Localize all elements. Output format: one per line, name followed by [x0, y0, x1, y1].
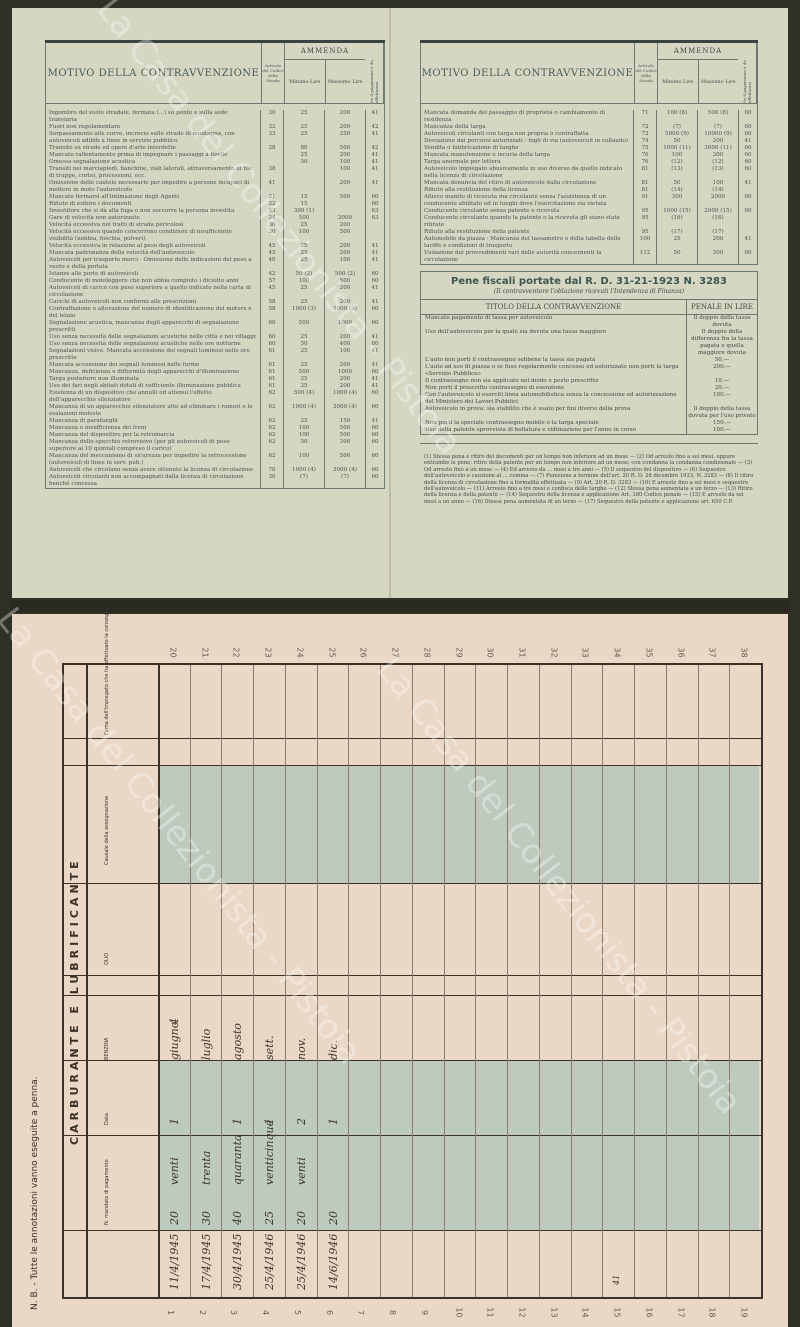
minimo-cell: (7): [283, 474, 324, 488]
shaded-band-lower: [158, 1060, 759, 1230]
header-label-benzina: BENZINA: [104, 1038, 110, 1060]
massimo-cell: 200: [324, 250, 365, 257]
minimo-cell: 1000 (15): [656, 208, 697, 215]
minimo-cell: 25: [283, 334, 324, 341]
entry-data: 17/4/1945: [200, 1234, 213, 1290]
table-row: Mancata manutenzione o incuria della tar…: [421, 152, 757, 159]
table-row: Mancato rallentamento prima di impegnare…: [46, 152, 384, 159]
title-column-divider: [86, 665, 88, 1297]
sospensione-cell: 41: [365, 180, 384, 194]
fiscal-row: L'auto non porti il contrassegno sebbene…: [421, 357, 757, 364]
minimo-cell: 80: [283, 145, 324, 152]
articolo-cell: 30: [260, 474, 283, 488]
sospensione-cell: 41: [365, 152, 384, 159]
sospensione-cell: [365, 222, 384, 229]
entry-causale: sett.: [263, 1036, 276, 1061]
column-number-bottom: 3: [229, 1310, 238, 1315]
fiscal-title-cell: L'auto ad uso di piazza o se fuso regola…: [421, 364, 686, 378]
motivo-cell: Targa posteriore non illuminata: [46, 376, 260, 383]
entry-benzina-lettere: venti: [168, 1157, 181, 1185]
motivo-cell: Mancanza dello specchio retrovisivo (per…: [46, 439, 260, 453]
table-row: Uso senza necessità delle segnalazioni a…: [46, 334, 384, 341]
column-number-top: 22: [232, 647, 241, 657]
table-row: Mancata domanda del passaggio di proprie…: [421, 110, 757, 124]
minimo-cell: 5000 (9): [656, 131, 697, 138]
minimo-cell: 25: [283, 299, 324, 306]
entry-data: 11/4/1945: [168, 1234, 181, 1290]
sospensione-cell: 42: [365, 124, 384, 131]
motivo-cell: Deviazione dai percorsi autorizzati - fo…: [421, 138, 633, 145]
table-row: Uso senza necessità delle segnalazioni a…: [46, 341, 384, 348]
motivo-cell: Autoveicoli di carico con peso superiore…: [46, 285, 260, 299]
minimo-cell: 50: [656, 138, 697, 145]
entry-firma: 4: [168, 1018, 181, 1025]
column-number-bottom: 2: [198, 1310, 207, 1315]
entry-data: 30/4/1945: [231, 1234, 244, 1290]
fiscal-row: Mancato pagamento di tassa per autoveico…: [421, 315, 757, 329]
sospensione-cell: 41: [365, 285, 384, 299]
articolo-cell: 76: [633, 159, 656, 166]
fiscal-row: Autoveicolo in prova: sia stabilito che …: [421, 406, 757, 420]
entry-column-divider: [221, 665, 222, 1297]
sospensione-cell: [738, 215, 757, 229]
entry-column-divider: [285, 665, 286, 1297]
articolo-cell: 45: [260, 243, 283, 250]
table-row: Omessa segnalazione acustica5010041: [46, 159, 384, 166]
articolo-cell: 95: [633, 229, 656, 236]
column-number-top: 31: [518, 647, 527, 657]
fiscal-title-cell: L'auto non porti il contrassegno sebbene…: [421, 357, 686, 364]
sospensione-cell: 60: [365, 467, 384, 474]
massimo-cell: 200: [324, 285, 365, 299]
articolo-cell: 62: [260, 439, 283, 453]
articolo-cell: [260, 152, 283, 159]
articolo-cell: 74: [633, 138, 656, 145]
articolo-cell: 71: [633, 110, 656, 124]
fiscal-title-cell: Non porti la speciale contrassegno mobil…: [421, 420, 686, 427]
motivo-cell: Gare di velocità non autorizzate: [46, 215, 260, 222]
entry-benzina-cifre: 30: [200, 1211, 213, 1225]
fiscal-title-cell: Uso della patente sprovvista di bollatur…: [421, 427, 686, 434]
entry-data: 25/4/1946: [263, 1234, 276, 1290]
table-row: Mancanza di un apparecchio silenziatore …: [46, 404, 384, 418]
motivo-header: MOTIVO DELLA CONTRAVVENZIONE: [421, 43, 634, 103]
entry-olio: 2: [295, 1118, 308, 1125]
massimo-cell: 100: [324, 159, 365, 166]
sospensione-cell: 60: [738, 145, 757, 152]
titolo-header: TITOLO DELLA CONTRAVVENZIONE: [421, 300, 686, 314]
minimo-cell: 1000 (3): [283, 306, 324, 320]
motivo-cell: Mancata manutenzione o incuria della tar…: [421, 152, 633, 159]
massimo-cell: 500: [324, 278, 365, 285]
minimo-cell: 25: [283, 152, 324, 159]
entry-column-divider: [380, 665, 381, 1297]
table-row: Segnalazione acustica, mancanza degli ap…: [46, 320, 384, 334]
sospensione-cell: [738, 187, 757, 194]
articolo-cell: 95: [633, 208, 656, 215]
entry-benzina-cifre: 20: [327, 1211, 340, 1225]
sospensione-cell: 60: [365, 439, 384, 453]
sospensione-cell: 60: [738, 159, 757, 166]
sospensione-cell: 41: [365, 348, 384, 362]
entry-data: 25/4/1946: [295, 1234, 308, 1290]
sospensione-cell: 60: [365, 306, 384, 320]
minimo-cell: 500: [283, 215, 324, 222]
motivo-cell: Autoveicoli circolanti con targa non pro…: [421, 131, 633, 138]
minimo-cell: 25: [283, 376, 324, 383]
minimo-cell: 50: [283, 439, 324, 453]
motivo-cell: Omessa segnalazione acustica: [46, 159, 260, 166]
articolo-cell: 72: [633, 131, 656, 138]
massimo-cell: 100: [324, 257, 365, 271]
articolo-cell: 70: [260, 467, 283, 474]
table-row: Rifiuto alla restituzione della patente9…: [421, 229, 757, 236]
column-number-top: 28: [422, 647, 431, 657]
massimo-cell: (7): [697, 124, 738, 131]
motivo-cell: Conducente di motoleggere che non abbia …: [46, 278, 260, 285]
sospensione-cell: 41: [365, 334, 384, 341]
column-number-bottom: 4: [261, 1310, 270, 1315]
entry-benzina-lettere: quaranta: [231, 1134, 244, 1185]
articolo-cell: 72: [633, 124, 656, 131]
table-row: Esistenza di un dispositivo che annulli …: [46, 390, 384, 404]
fiscal-value-cell: 150.—: [686, 420, 757, 427]
articolo-cell: 62: [260, 404, 283, 418]
fiscal-title: Pene fiscali portate dal R. D. 31-21-192…: [421, 272, 757, 288]
fiscal-row: Il contrassegno non sia applicato nel mo…: [421, 378, 757, 385]
column-number-bottom: 16: [645, 1307, 654, 1317]
column-number-top: 29: [454, 647, 463, 657]
entry-benzina-cifre: 20: [168, 1211, 181, 1225]
table-row: Mancata denuncia del ritiro di autoveico…: [421, 180, 757, 187]
table-row: Uso dei fari negli abitati dotati di suf…: [46, 383, 384, 390]
minimo-cell: [283, 166, 324, 180]
articolo-cell: 42: [260, 271, 283, 278]
minimo-cell: 25: [283, 362, 324, 369]
table-row: Autoveicoli di carico con peso superiore…: [46, 285, 384, 299]
massimo-cell: (13): [697, 166, 738, 180]
articolo-cell: 40: [260, 257, 283, 271]
massimo-cell: (7): [324, 474, 365, 488]
minimo-cell: 25: [283, 110, 324, 124]
articolo-cell: 75: [633, 145, 656, 152]
massimo-cell: 150: [324, 418, 365, 425]
minimo-cell: 50: [656, 250, 697, 264]
sospensione-cell: 41: [738, 180, 757, 187]
sospensione-cell: 60: [738, 166, 757, 180]
massimo-cell: 200: [324, 376, 365, 383]
articolo-cell: 62: [260, 390, 283, 404]
column-number-top: 27: [391, 647, 400, 657]
entry-causale: giugno: [168, 1022, 181, 1060]
sospensione-cell: 60: [365, 194, 384, 201]
column-number-top: 24: [295, 647, 304, 657]
table-row: Mancanza o insufficienza dei freni621005…: [46, 425, 384, 432]
minimo-cell: 50 (2): [283, 271, 324, 278]
fiscal-rows: Mancato pagamento di tassa per autoveico…: [421, 315, 757, 434]
pen-note: N. B. - Tutte le annotazioni vanno esegu…: [30, 1076, 40, 1310]
massimo-cell: 200: [324, 124, 365, 131]
sospensione-cell: 60: [365, 432, 384, 439]
sospensione-cell: 60: [365, 425, 384, 432]
articolo-header: Articolo del Codice della Strada: [261, 43, 284, 103]
ledger-title: CARBURANTE E LUBRIFICANTE: [68, 857, 81, 1145]
entry-column-divider: [348, 665, 349, 1297]
minimo-cell: (13): [656, 166, 697, 180]
fiscal-value-cell: Il doppio della tassa dovuta: [686, 315, 757, 329]
entry-olio: 1: [263, 1118, 276, 1125]
sospensione-cell: [365, 229, 384, 243]
minimo-cell: 500: [283, 320, 324, 334]
fiscal-value-cell: Il doppio della tassa dovuta per l'uso p…: [686, 406, 757, 420]
motivo-cell: Mancanza di un apparecchio silenziatore …: [46, 404, 260, 418]
articolo-cell: 61: [260, 369, 283, 376]
massimo-cell: 300: [697, 250, 738, 264]
massimo-cell: 200: [697, 138, 738, 145]
table-row: Fuori non regolamentare322520042: [46, 124, 384, 131]
articolo-cell: 81: [633, 166, 656, 180]
entry-olio: 1: [327, 1118, 340, 1125]
articolo-cell: 60: [260, 320, 283, 334]
articolo-cell: 58: [260, 306, 283, 320]
massimo-cell: 1000 (4): [324, 390, 365, 404]
header-label-olio: OLIO: [104, 953, 110, 965]
minimo-cell: (14): [656, 187, 697, 194]
articolo-cell: 60: [260, 341, 283, 348]
massimo-cell: 400: [324, 341, 365, 348]
fiscal-value-cell: 20.—: [686, 385, 757, 392]
table-row: Transiti nei marciapiedi, banchine, vial…: [46, 166, 384, 180]
motivo-cell: Autoveicolo impiegato abusivamente in us…: [421, 166, 633, 180]
articolo-cell: 81: [633, 187, 656, 194]
column-number-bottom: 18: [708, 1307, 717, 1317]
table-row: Autoveicoli che circolano senza avere ot…: [46, 467, 384, 474]
massimo-cell: 500: [324, 453, 365, 467]
minimo-cell: (16): [656, 215, 697, 229]
minimo-cell: 100: [656, 152, 697, 159]
minimo-cell: 25: [283, 348, 324, 362]
fiscal-title-cell: Con l'autoveicolo si eserciti linea auto…: [421, 392, 686, 406]
sospensione-cell: 41: [365, 362, 384, 369]
motivo-cell: Mancata padronanza della velocità dell'a…: [46, 250, 260, 257]
table-row: Allievo munito di ricevuta ma circolante…: [421, 194, 757, 208]
massimo-cell: 3000 (4): [324, 467, 365, 474]
sospensione-cell: 41: [365, 131, 384, 145]
articolo-cell: 30: [260, 110, 283, 124]
articolo-cell: 62: [260, 432, 283, 439]
table-row: Omissione delle cautele necessarie per i…: [46, 180, 384, 194]
table-row: Autoveicoli circolanti non accompagnati …: [46, 474, 384, 488]
massimo-cell: 1000: [324, 369, 365, 376]
entry-benzina-lettere: venticinque: [263, 1120, 276, 1185]
massimo-cell: (12): [697, 159, 738, 166]
table-row: Gare di velocità non autorizzate24500200…: [46, 215, 384, 222]
column-number-bottom: 13: [549, 1307, 558, 1317]
minimo-cell: 500: [283, 369, 324, 376]
column-number-bottom: 5: [293, 1310, 302, 1315]
massimo-cell: 3000 (11): [697, 145, 738, 152]
fiscal-value-cell: 100.—: [686, 427, 757, 434]
column-number-top: 38: [740, 647, 749, 657]
minimo-cell: [283, 180, 324, 194]
fiscal-row: Uso dell'autoveicolo per la quale sia do…: [421, 329, 757, 357]
massimo-cell: 200: [324, 110, 365, 124]
massimo-cell: 500: [324, 229, 365, 243]
entry-benzina-lettere: trenta: [200, 1151, 213, 1185]
motivo-cell: Conducente circolante senza patente o ri…: [421, 208, 633, 215]
entry-column-divider: [507, 665, 508, 1297]
sospensione-cell: [738, 229, 757, 236]
fiscal-row: Non porti il prescritto contrassegno di …: [421, 385, 757, 392]
massimo-cell: 2000: [697, 194, 738, 208]
minimo-cell: 25: [283, 124, 324, 131]
motivo-cell: Mancanza, deficienza o difformità degli …: [46, 369, 260, 376]
massimo-cell: 10000 (9): [697, 131, 738, 138]
fiscal-row: Uso della patente sprovvista di bollatur…: [421, 427, 757, 434]
entry-column-divider: [634, 665, 635, 1297]
entry-column-divider: [602, 665, 603, 1297]
entry-causale: dic.: [327, 1040, 340, 1060]
table-row: Mancanza del dispositivo per la retromar…: [46, 432, 384, 439]
column-number-bottom: 9: [420, 1310, 429, 1315]
sospensione-cell: 41: [365, 418, 384, 425]
header-label-data: Data: [104, 1113, 110, 1125]
minimo-cell: 1000 (11): [656, 145, 697, 152]
motivo-cell: Contraffazione o alterazione del numero …: [46, 306, 260, 320]
fiscal-penalties-section: Pene fiscali portate dal R. D. 31-21-192…: [420, 271, 758, 435]
sospensione-cell: 60: [365, 474, 384, 488]
articolo-cell: 76: [633, 152, 656, 159]
minimo-cell: 1000 (4): [283, 404, 324, 418]
sospensione-cell: 60: [738, 110, 757, 124]
motivo-cell: Segnalazione acustica, mancanza degli ap…: [46, 320, 260, 334]
sospensione-cell: 60: [365, 201, 384, 208]
minimo-cell: 100: [283, 453, 324, 467]
sheet-separator: [10, 600, 790, 612]
sospensione-cell: 60: [738, 152, 757, 159]
massimo-cell: 500 (8): [697, 110, 738, 124]
fiscal-value-cell: 10.—: [686, 378, 757, 385]
table-row: Autoveicoli per trasporto merci - Omissi…: [46, 257, 384, 271]
motivo-cell: Mancata accensione dei segnali luminosi …: [46, 362, 260, 369]
column-number-top: 34: [613, 647, 622, 657]
massimo-cell: 200: [324, 180, 365, 194]
column-number-top: 36: [676, 647, 685, 657]
fiscal-title-cell: Non porti il prescritto contrassegno di …: [421, 385, 686, 392]
column-number-top: 35: [645, 647, 654, 657]
motivo-cell: Segnalazioni visive. Mancata accensione …: [46, 348, 260, 362]
articolo-cell: 91: [633, 194, 656, 208]
table-row: Deviazione dai percorsi autorizzati - fo…: [421, 138, 757, 145]
table-row: Mancato fermarsi all'intimazione degli A…: [46, 194, 384, 201]
sospensione-cell: 60: [738, 124, 757, 131]
ammenda-header: AMMENDA Minimo LireMassimo Lire: [284, 43, 365, 103]
entry-column-divider: [412, 665, 413, 1297]
fiscal-title-cell: Il contrassegno non sia applicato nel mo…: [421, 378, 686, 385]
motivo-cell: Transiti nei marciapiedi, banchine, vial…: [46, 166, 260, 180]
sospensione-cell: 41: [365, 110, 384, 124]
articolo-cell: 45: [260, 250, 283, 257]
table-header: MOTIVO DELLA CONTRAVVENZIONE Articolo de…: [46, 43, 384, 104]
minimo-cell: 25: [283, 243, 324, 250]
column-number-bottom: 7: [356, 1310, 365, 1315]
articolo-cell: 62: [260, 453, 283, 467]
header-label-causale: Causale della assegnazione: [104, 796, 110, 865]
massimo-cell: 500 (2): [324, 271, 365, 278]
minimo-cell: 1000 (4): [283, 467, 324, 474]
minimo-cell: 25: [283, 131, 324, 145]
motivo-cell: Uso senza necessità delle segnalazioni a…: [46, 341, 260, 348]
table-row: Targa anormale per lettera76(12)(12)60: [421, 159, 757, 166]
motivo-cell: Mancanza o insufficienza dei freni: [46, 425, 260, 432]
table-row: Violazione dei provvedimenti vari delle …: [421, 250, 757, 264]
entry-benzina-cifre: 20: [295, 1211, 308, 1225]
sospensione-cell: 60: [365, 320, 384, 334]
sospensione-cell: 41: [365, 250, 384, 257]
motivo-cell: Allievo munito di ricevuta ma circolante…: [421, 194, 633, 208]
articolo-cell: 57: [260, 278, 283, 285]
table-row: Mancanza, deficienza o difformità degli …: [46, 369, 384, 376]
ammenda-header: AMMENDA Minimo LireMassimo Lire: [657, 43, 738, 103]
sospensione-cell: 41: [738, 138, 757, 145]
table-row: Velocità eccessiva nei tratti di strada …: [46, 222, 384, 229]
penale-header: PENALE IN LIRE: [686, 300, 757, 314]
table-row: Istanze alle porte di autoveicoli4250 (2…: [46, 271, 384, 278]
motivo-cell: Targa anormale per lettera: [421, 159, 633, 166]
minimo-cell: 50: [283, 341, 324, 348]
sospensione-cell: 60: [365, 390, 384, 404]
massimo-cell: 300: [697, 152, 738, 159]
column-number-top: 20: [168, 647, 177, 657]
shaded-band-upper: [158, 765, 759, 883]
articolo-cell: 28: [260, 145, 283, 152]
entry-column-divider: [666, 665, 667, 1297]
entry-olio: 1: [168, 1118, 181, 1125]
motivo-cell: Rifiuto alla restituzione della patente: [421, 229, 633, 236]
column-number-bottom: 6: [325, 1310, 334, 1315]
entry-column-divider: [190, 665, 191, 1297]
table-row: Velocità eccessiva in relazione al peso …: [46, 243, 384, 250]
column-number-top: 21: [200, 647, 209, 657]
header-label-firma: Firma dell'impiegato che ha effettuato l…: [104, 608, 110, 735]
minimo-cell: 25: [283, 250, 324, 257]
motivo-cell: Uso senza necessità delle segnalazioni a…: [46, 334, 260, 341]
column-number-top: 37: [708, 647, 717, 657]
minimo-cell: 25: [283, 222, 324, 229]
articolo-cell: 62: [260, 425, 283, 432]
minimo-cell: 15: [283, 194, 324, 201]
table-row: Contraffazione o alterazione del numero …: [46, 306, 384, 320]
motivo-cell: Automobile da piazza - Mancanza del tass…: [421, 236, 633, 250]
articolo-header: Articolo del Codice della Strada: [634, 43, 657, 103]
sospensione-cell: 63: [365, 215, 384, 222]
minimo-cell: 25: [283, 257, 324, 271]
massimo-cell: 3000 (4): [324, 404, 365, 418]
fiscal-row: Non porti la speciale contrassegno mobil…: [421, 420, 757, 427]
sospensione-cell: 41: [365, 159, 384, 166]
motivo-cell: Autoveicoli circolanti non accompagnati …: [46, 474, 260, 488]
articolo-cell: 38: [260, 166, 283, 180]
motivo-cell: Carichi di autoveicoli non conformi alle…: [46, 299, 260, 306]
motivo-cell: Mancanza del meccanismo di sicurezza per…: [46, 453, 260, 467]
sospensione-cell: 60: [365, 341, 384, 348]
motivo-cell: Istanze alle porte di autoveicoli: [46, 271, 260, 278]
entry-benzina-cifre: 40: [231, 1211, 244, 1225]
fiscal-value-cell: 200.—: [686, 364, 757, 378]
column-number-top: 25: [327, 647, 336, 657]
massimo-cell: 2000 (15): [697, 208, 738, 215]
massimo-cell: 200: [324, 299, 365, 306]
